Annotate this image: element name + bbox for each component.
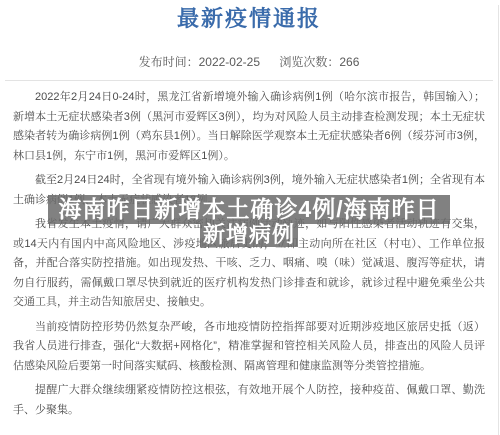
meta-row: 发布时间：2022-02-25 浏览次数：266 [0, 55, 498, 69]
publish-time-label: 发布时间： [139, 55, 199, 69]
paragraph-5: 提醒广大群众继续绷紧疫情防控这根弦，有效地开展个人防控，接种疫苗、佩戴口罩、勤洗… [13, 381, 485, 420]
paragraph-3: 我省发生本土疫情，请广大群众密切关注病例活动轨迹，如与阳性感染者活动轨迹有交集，… [13, 215, 485, 313]
paragraph-2: 截至2月24日24时，全省现有境外输入确诊病例3例，境外输入无症状感染者1例；全… [13, 171, 485, 210]
publish-time: 发布时间：2022-02-25 [139, 55, 260, 69]
paragraph-1: 2022年2月24日0-24时，黑龙江省新增境外输入确诊病例1例（哈尔滨市报告，… [13, 88, 485, 166]
paragraph-4: 当前疫情防控形势仍然复杂严峻，各市地疫情防控指挥部要对近期涉疫地区旅居史抵（返）… [13, 318, 485, 377]
view-count: 浏览次数：266 [279, 55, 359, 69]
publish-time-value: 2022-02-25 [199, 55, 260, 69]
article-body: 2022年2月24日0-24时，黑龙江省新增境外输入确诊病例1例（哈尔滨市报告，… [0, 81, 498, 420]
page-header: 最新疫情通报 发布时间：2022-02-25 浏览次数：266 [0, 5, 498, 69]
notice-page: 最新疫情通报 发布时间：2022-02-25 浏览次数：266 2022年2月2… [0, 5, 499, 435]
view-count-value: 266 [339, 55, 359, 69]
view-count-label: 浏览次数： [279, 55, 339, 69]
page-title: 最新疫情通报 [0, 5, 498, 33]
